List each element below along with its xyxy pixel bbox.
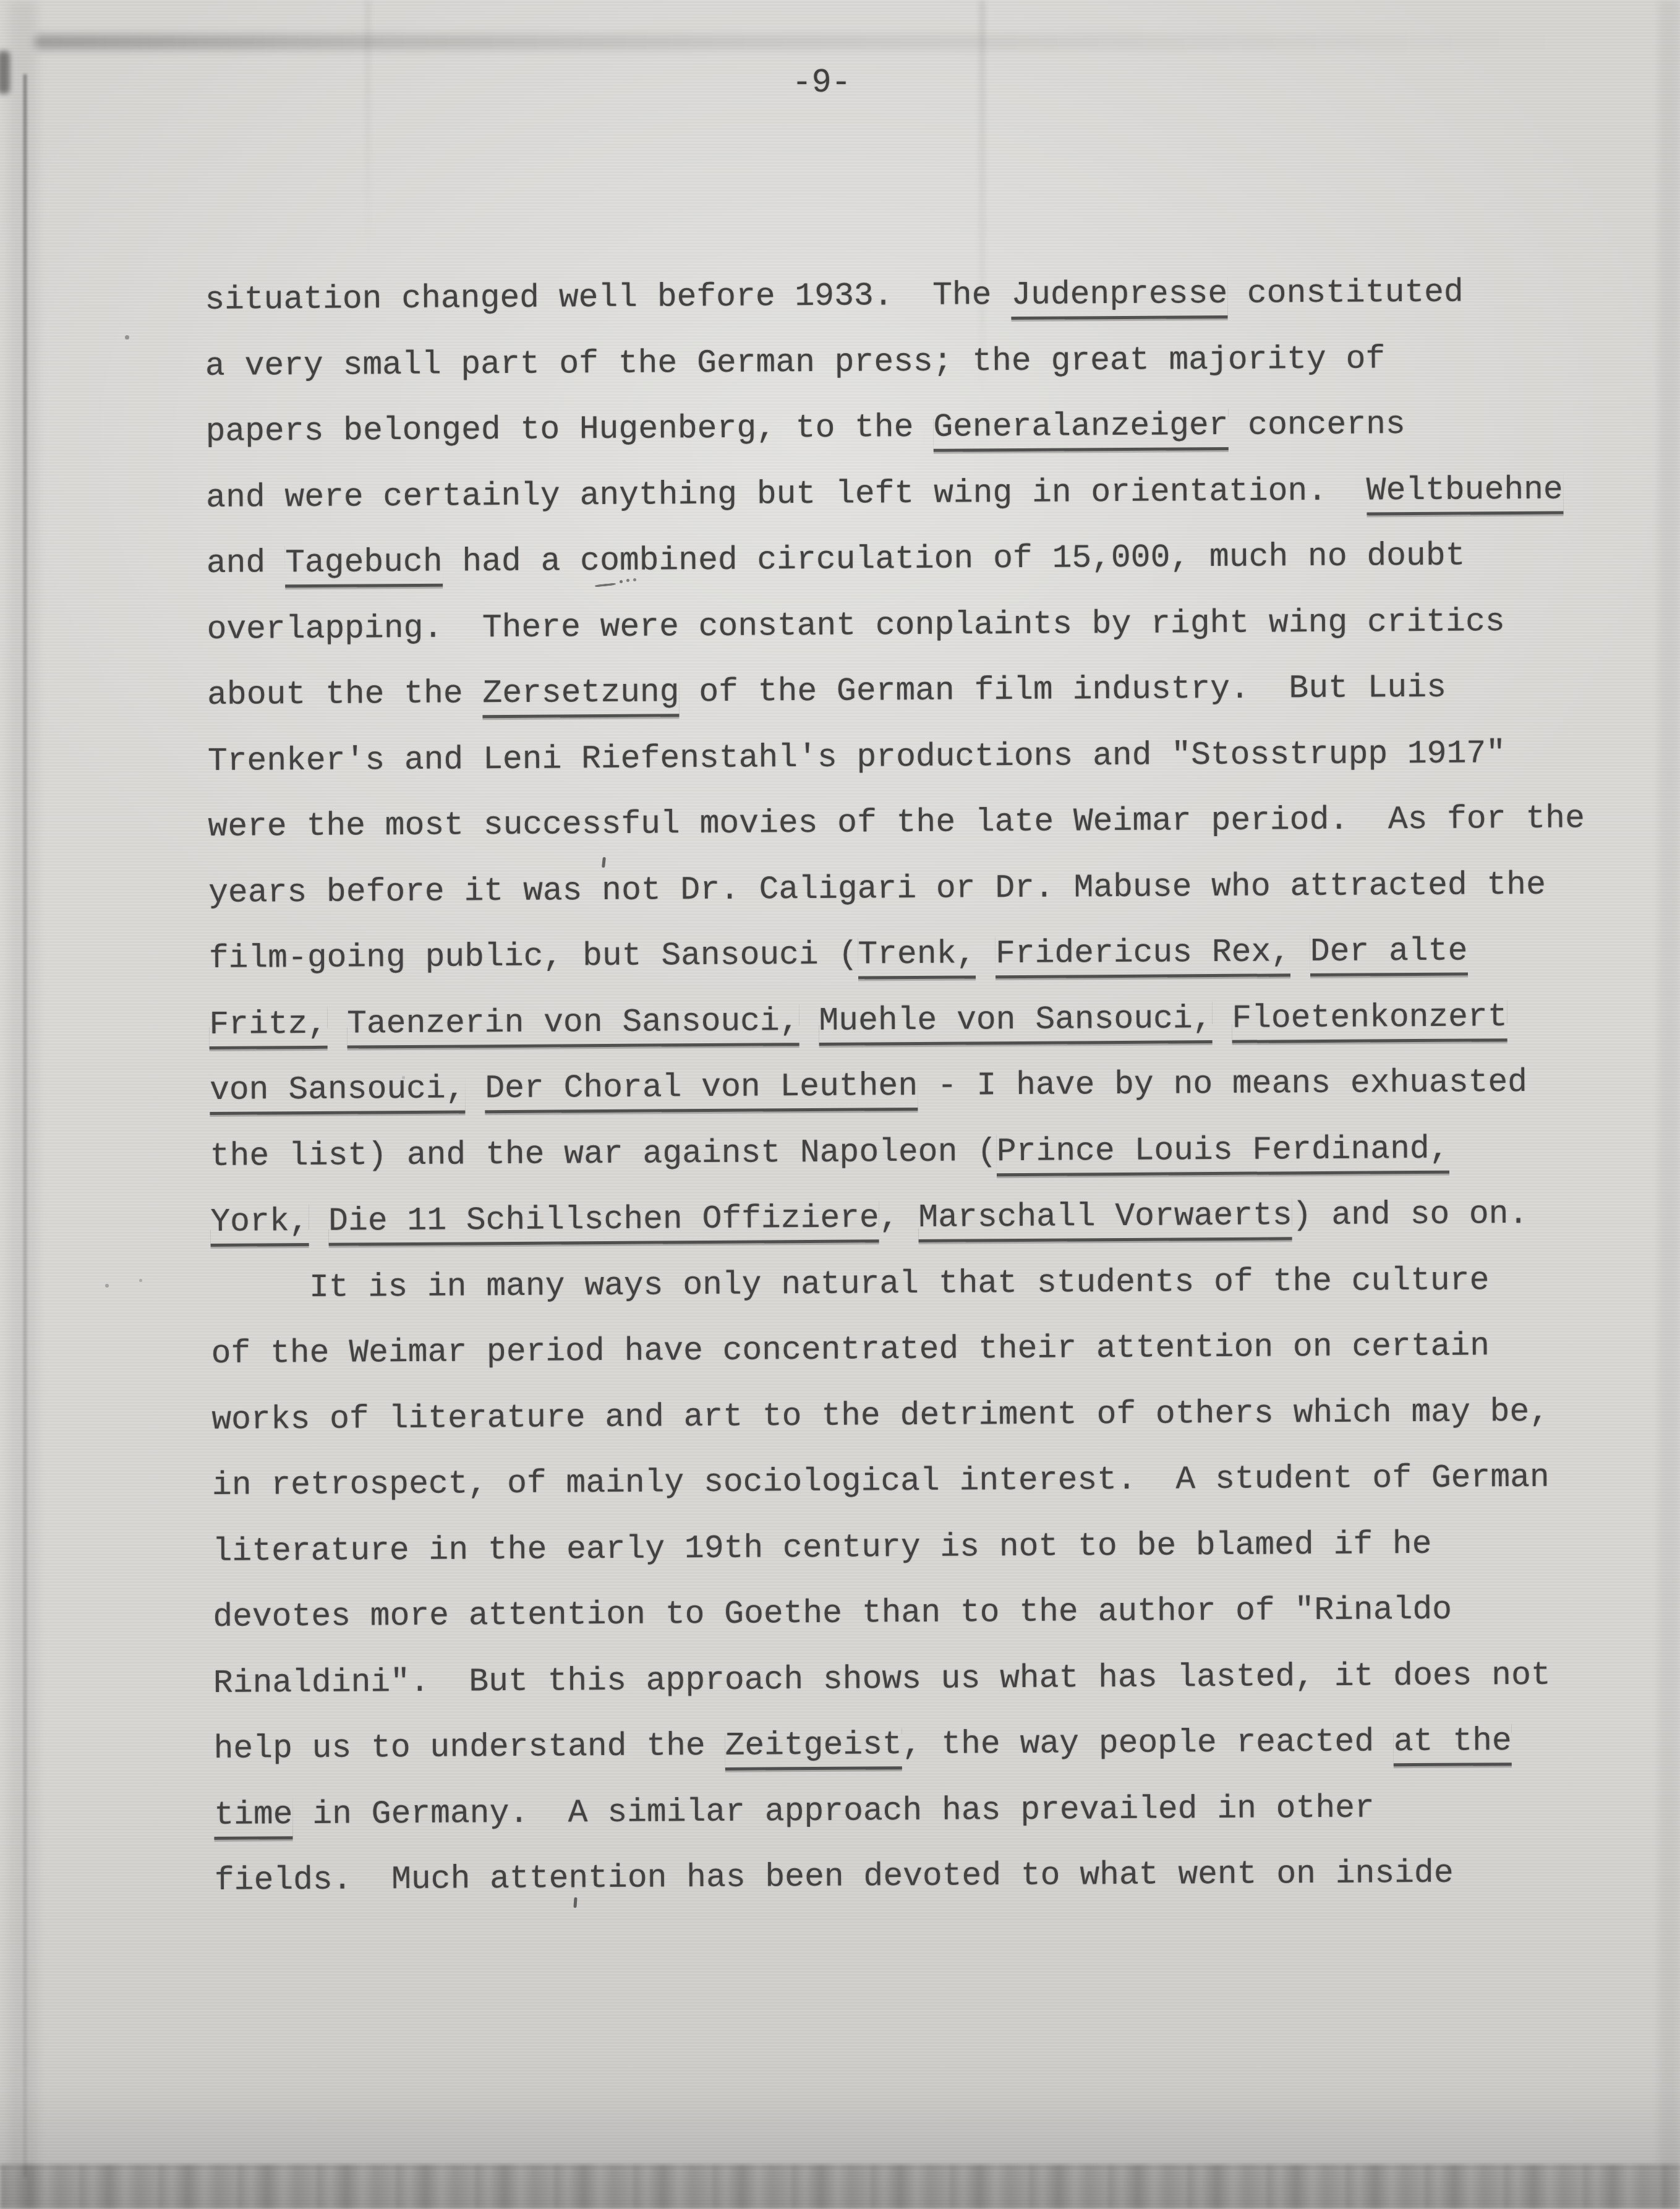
underlined-title: Judenpresse (1011, 275, 1227, 320)
left-edge-mark (0, 51, 10, 94)
text-segment: had a combined circulation of 15,000, mu… (442, 537, 1465, 581)
text-line: devotes more attention to Goethe than to… (213, 1576, 1654, 1651)
underlined-title: Muehle von Sansouci, (819, 1000, 1213, 1046)
text-line: and Tagebuch had a combined circulation … (207, 522, 1648, 597)
underlined-title: Floetenkonzert (1232, 998, 1507, 1043)
text-segment: constituted (1227, 274, 1464, 312)
text-segment: devotes more attention to Goethe than to… (213, 1591, 1452, 1636)
right-edge-shadow (1659, 0, 1680, 2209)
text-line: a very small part of the German press; t… (205, 324, 1647, 399)
text-segment: fields. Much attention has been devoted … (215, 1855, 1454, 1899)
text-segment: overlapping. There were constant conplai… (207, 603, 1504, 648)
underlined-title: Marschall Vorwaerts (918, 1197, 1292, 1242)
text-segment: the list) and the war against Napoleon ( (210, 1133, 997, 1175)
paper-speck (105, 1284, 109, 1288)
text-segment (1290, 933, 1310, 970)
text-line: literature in the early 19th century is … (212, 1510, 1653, 1584)
text-segment: in retrospect, of mainly sociological in… (212, 1459, 1550, 1504)
text-line: situation changed well before 1933. The … (205, 258, 1646, 333)
text-line: time in Germany. A similar approach has … (214, 1773, 1655, 1848)
text-segment: and (207, 544, 286, 582)
text-segment: ) and so on. (1292, 1195, 1529, 1234)
left-edge-line (23, 74, 27, 2177)
underlined-title: Prince Louis Ferdinand, (997, 1130, 1449, 1176)
text-line: Rinaldini". But this approach shows us w… (213, 1641, 1655, 1716)
text-segment: , (879, 1199, 919, 1236)
text-line: Fritz, Taenzerin von Sansouci, Muehle vo… (209, 983, 1650, 1057)
text-line: York, Die 11 Schillschen Offiziere, Mars… (210, 1181, 1652, 1255)
text-line: Trenker's and Leni Riefenstahl's product… (208, 719, 1649, 794)
bottom-edge-texture (0, 2164, 1680, 2209)
text-line: in retrospect, of mainly sociological in… (212, 1444, 1653, 1519)
text-segment: in Germany. A similar approach has preva… (292, 1789, 1375, 1833)
text-line: of the Weimar period have concentrated t… (211, 1312, 1652, 1387)
text-segment: help us to understand the (213, 1727, 725, 1767)
text-segment: concerns (1228, 406, 1405, 444)
text-line: the list) and the war against Napoleon (… (210, 1114, 1651, 1189)
text-segment: situation changed well before 1933. The (205, 276, 1011, 318)
text-line: overlapping. There were constant conplai… (207, 587, 1648, 662)
text-line: about the the Zersetzung of the German f… (207, 654, 1648, 728)
underlined-title: Zeitgeist (725, 1726, 902, 1771)
text-segment (799, 1002, 819, 1039)
underlined-title: Trenk, (858, 935, 976, 979)
text-line: years before it was not Dr. Caligari or … (208, 851, 1650, 926)
text-segment: of the Weimar period have concentrated t… (211, 1327, 1490, 1372)
text-segment: about the the (207, 675, 483, 714)
text-line: fields. Much attention has been devoted … (215, 1839, 1656, 1914)
text-segment: , the way people reacted (902, 1723, 1394, 1763)
fold-crease (366, 0, 370, 260)
underlined-title: at the (1394, 1722, 1512, 1766)
text-segment: film-going public, but Sansouci ( (209, 936, 858, 977)
bottom-edge-fade (0, 2089, 1680, 2169)
underlined-title: time (214, 1796, 293, 1840)
underlined-title: Taenzerin von Sansouci, (347, 1002, 799, 1048)
text-segment: It is in many ways only natural that stu… (309, 1262, 1490, 1306)
underlined-title: Der Choral von Leuthen (485, 1067, 918, 1113)
text-segment: works of literature and art to the detri… (211, 1393, 1549, 1438)
text-segment: - I have by no means exhuasted (918, 1064, 1527, 1104)
underlined-title: Weltbuehne (1367, 471, 1563, 515)
text-segment: of the German film industry. But Luis (679, 669, 1446, 711)
text-line: were the most successful movies of the l… (208, 785, 1649, 860)
text-line: papers belonged to Hugenberg, to the Gen… (205, 390, 1647, 465)
text-segment (465, 1070, 485, 1107)
text-line: film-going public, but Sansouci (Trenk, … (209, 917, 1650, 992)
text-line: and were certainly anything but left win… (206, 456, 1647, 531)
underlined-title: Fritz, (209, 1005, 327, 1049)
text-line: works of literature and art to the detri… (211, 1378, 1653, 1453)
underlined-title: Der alte (1310, 933, 1468, 977)
text-segment (327, 1005, 347, 1042)
underlined-title: Fridericus Rex, (996, 933, 1290, 978)
text-segment: were the most successful movies of the l… (208, 800, 1585, 845)
underlined-title: York, (210, 1203, 309, 1247)
text-line: It is in many ways only natural that stu… (211, 1246, 1652, 1321)
underlined-title: Tagebuch (285, 544, 443, 588)
text-segment (309, 1203, 328, 1240)
underlined-title: Zersetzung (482, 673, 679, 718)
typewritten-text: situation changed well before 1933. The … (205, 258, 1655, 1914)
paper-speck (125, 335, 129, 340)
top-edge-shadow (34, 35, 1567, 49)
page-number: -9- (792, 64, 851, 101)
text-line: help us to understand the Zeitgeist, the… (213, 1707, 1655, 1782)
text-segment: years before it was not Dr. Caligari or … (208, 866, 1546, 911)
text-segment: and were certainly anything but left win… (206, 472, 1367, 516)
paper-speck (139, 1279, 142, 1282)
text-segment: a very small part of the German press; t… (205, 340, 1386, 385)
underlined-title: Generalanzeiger (933, 407, 1228, 452)
text-line: von Sansouci, Der Choral von Leuthen - I… (210, 1049, 1651, 1124)
scanned-page: -9- situation changed well before 1933. … (0, 0, 1680, 2209)
text-segment: literature in the early 19th century is … (213, 1525, 1432, 1570)
underlined-title: von Sansouci, (210, 1070, 466, 1115)
text-segment: Rinaldini". But this approach shows us w… (213, 1656, 1551, 1701)
text-segment: papers belonged to Hugenberg, to the (205, 409, 933, 450)
text-segment: Trenker's and Leni Riefenstahl's product… (208, 735, 1506, 780)
left-edge-shadow (9, 0, 37, 2209)
text-segment (1212, 999, 1232, 1036)
text-segment (976, 935, 996, 972)
underlined-title: Die 11 Schillschen Offiziere (328, 1199, 879, 1245)
